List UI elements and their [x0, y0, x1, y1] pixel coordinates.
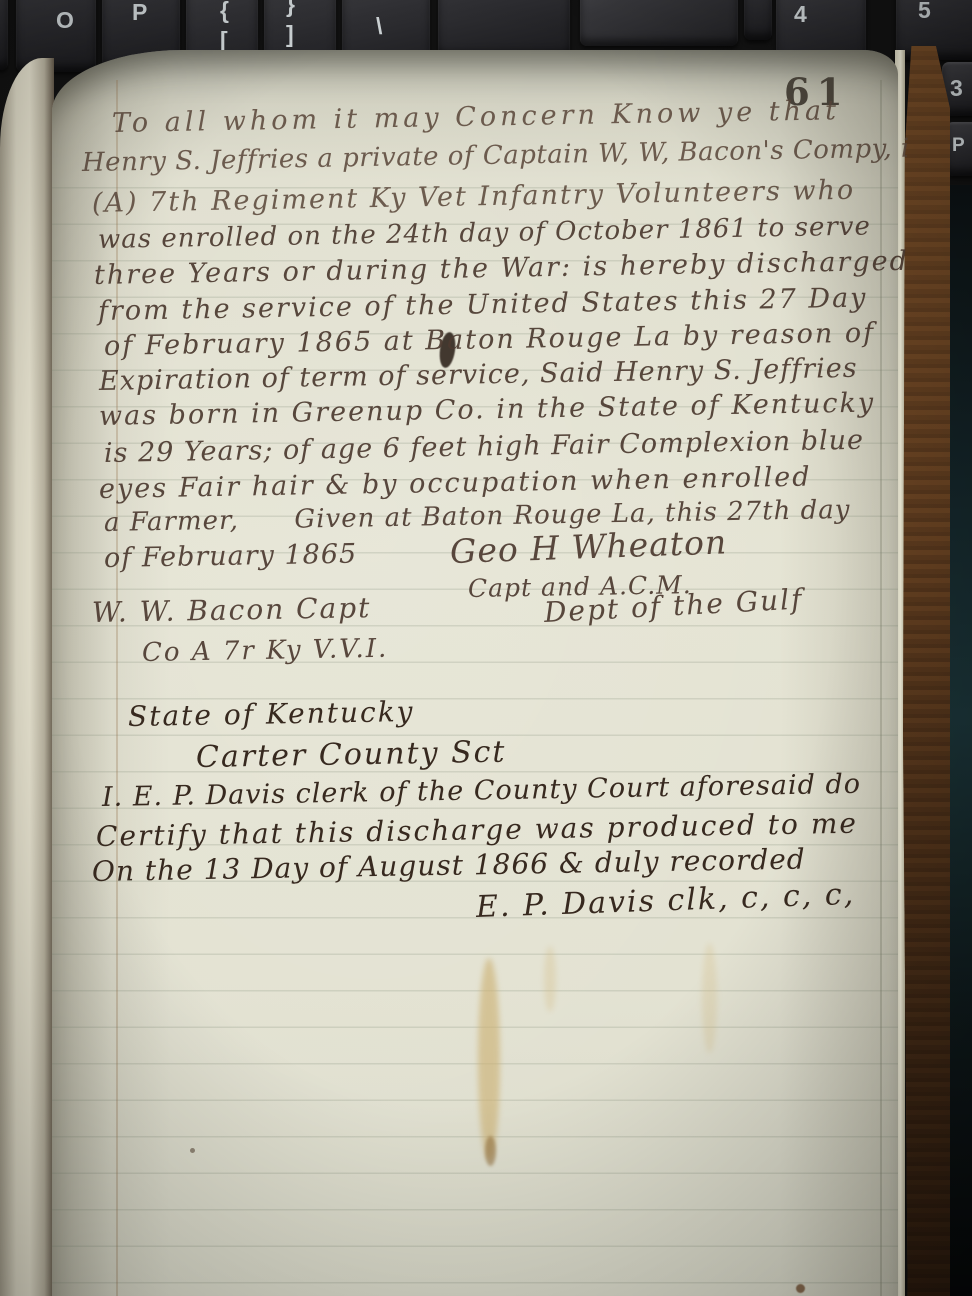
book-cover-edge — [903, 46, 950, 1296]
manuscript-line: of February 1865 — [104, 539, 358, 574]
manuscript-line: Carter County Sct — [196, 735, 507, 775]
paper-stain — [478, 958, 500, 1160]
key-legend: } — [286, 0, 295, 16]
key-legend: P — [952, 136, 965, 156]
keyboard-key — [744, 0, 772, 40]
paper-spot — [796, 1284, 805, 1293]
keyboard-key — [580, 0, 738, 46]
manuscript-line: Co A 7r Ky V.V.I. — [142, 634, 389, 668]
key-legend: { — [220, 0, 229, 22]
ledger-page: 61 To all whom it may Concern Know ye th… — [52, 50, 898, 1296]
key-legend: 3 — [950, 76, 963, 100]
keyboard-key-o: O — [16, 0, 96, 72]
key-legend: \ — [376, 14, 382, 38]
key-legend: ] — [286, 22, 294, 46]
manuscript-line: State of Kentucky — [128, 695, 415, 733]
paper-stain — [544, 946, 556, 1012]
key-legend: 4 — [794, 2, 807, 26]
key-legend: O — [56, 8, 74, 32]
photo-scene: O P { [ } ] \ 4 5 3 P — [0, 0, 972, 1296]
keyboard-key — [0, 0, 8, 70]
paper-stain — [485, 1136, 496, 1166]
paper-stain — [702, 943, 717, 1053]
paper-spot — [190, 1148, 195, 1153]
signature-bacon: W. W. Bacon Capt — [92, 591, 372, 629]
key-legend: [ — [220, 28, 228, 52]
key-legend: 5 — [918, 0, 931, 22]
key-legend: P — [132, 0, 147, 24]
book-gutter-pages — [0, 58, 54, 1296]
